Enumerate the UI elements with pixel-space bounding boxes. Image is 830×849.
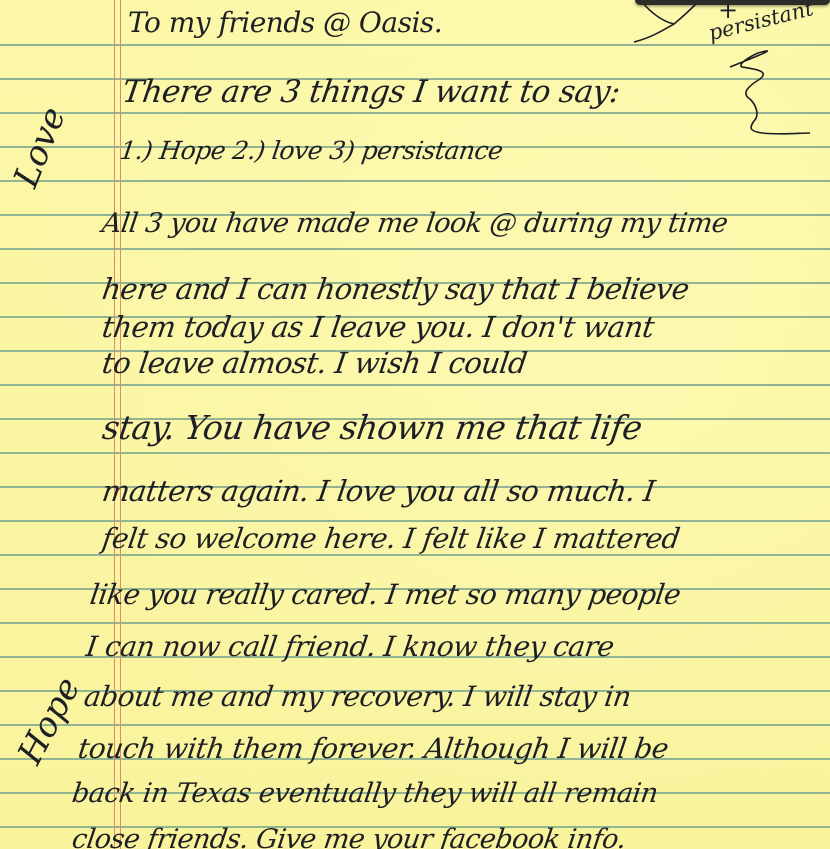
body-line: touch with them forever. Although I will… <box>76 732 670 765</box>
ruled-line <box>0 248 830 250</box>
body-line: them today as I leave you. I don't want <box>100 310 656 344</box>
body-line: here and I can honestly say that I belie… <box>100 272 691 306</box>
check-stroke-icon <box>630 0 710 50</box>
letter-heading: To my friends @ Oasis. <box>128 6 442 39</box>
ruled-line <box>0 724 830 726</box>
ruled-line <box>0 452 830 454</box>
letter-list: 1.) Hope 2.) love 3) persistance <box>118 136 505 165</box>
body-line: like you really cared. I met so many peo… <box>88 578 683 611</box>
body-line: matters again. I love you all so much. I <box>100 474 657 508</box>
body-line: close friends. Give me your facebook inf… <box>70 824 628 849</box>
body-line: All 3 you have made me look @ during my … <box>100 208 730 239</box>
ruled-line <box>0 622 830 624</box>
ruled-line <box>0 384 830 386</box>
body-line: felt so welcome here. I felt like I matt… <box>100 522 682 555</box>
body-line: I can now call friend. I know they care <box>84 630 616 663</box>
legal-pad-page: To my friends @ Oasis. There are 3 thing… <box>0 0 830 849</box>
window-overlay-bar <box>635 0 830 5</box>
body-line: to leave almost. I wish I could <box>100 346 529 380</box>
ruled-line <box>0 180 830 182</box>
body-line: stay. You have shown me that life <box>100 408 644 447</box>
letter-intro: There are 3 things I want to say: <box>120 74 622 110</box>
body-line: back in Texas eventually they will all r… <box>70 778 660 809</box>
ruled-line <box>0 112 830 114</box>
brace-scribble-icon <box>720 45 830 140</box>
body-line: about me and my recovery. I will stay in <box>82 680 633 713</box>
